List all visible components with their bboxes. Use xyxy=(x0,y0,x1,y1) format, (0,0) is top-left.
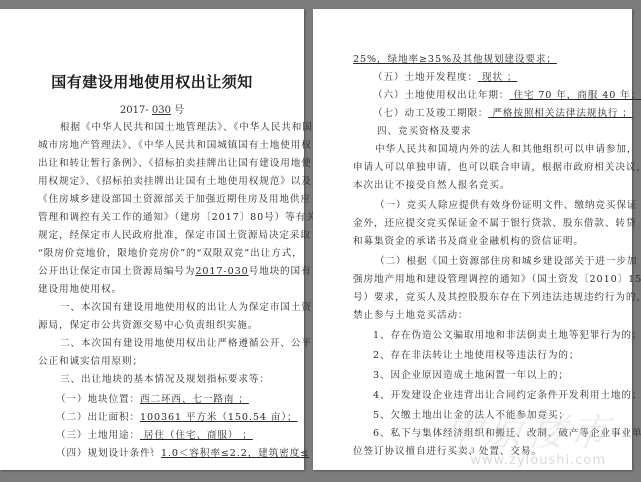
section-heading: 三、出让地块的基本情况及规划指标要求等： xyxy=(60,373,270,386)
document-number: 2017- 030 号 xyxy=(0,101,304,116)
paragraph-line: 本次出让不接受自然人报名竞买。 xyxy=(353,179,510,192)
page-number: 1 xyxy=(0,447,304,455)
watermark-url: www.zyloushi.com xyxy=(470,453,606,468)
paragraph-line: 管理和调控有关工作的通知》（建房〔2017〕80号）等有关 xyxy=(38,211,317,224)
paragraph-line: 规定，经保定市人民政府批准，保定市国土资源局决定采取 xyxy=(38,229,311,242)
paragraph-line: 禁止参与土地竞买活动： xyxy=(353,309,468,322)
item-label: （七）动工及竣工期限： xyxy=(373,108,488,119)
doc-number-value: 030 xyxy=(152,105,171,116)
item-value: 100361 平方米（150.54 亩）； xyxy=(140,412,298,423)
paragraph-line: 号）要求，竞买人及其控股股东存在下列违法违规违约行为的， xyxy=(353,291,641,304)
paragraph-line: 申请人可以单独申请，也可以联合申请，根据市政府相关决议， xyxy=(353,161,641,174)
item-label: （三）土地用途： xyxy=(56,430,140,441)
paragraph-line: 和募集资金的承诺书及商业金融机构的资信证明。 xyxy=(353,235,584,248)
parcel-code: 2017-030 xyxy=(195,266,248,277)
section-heading: 四、竞买资格及要求 xyxy=(377,125,471,138)
paragraph-line: 公正和诚实信用原则； xyxy=(38,355,143,368)
item-value: 居住（住宅、商服） ； xyxy=(140,430,253,441)
continuation-line: 25%，绿地率≥35%及其他规划建设要求； xyxy=(353,53,557,66)
parcel-item: （一）地块位置：西二环西、七一路南 ； xyxy=(56,393,249,406)
parcel-intro: 公开出让保定市国土资源局编号为 xyxy=(38,266,195,277)
list-item: 2、存在非法转让土地使用权等违法行为的； xyxy=(373,349,579,362)
paragraph-line: 一、本次国有建设用地使用权的出让人为保定市国土资 xyxy=(60,301,312,314)
parcel-item: （三）土地用途： 居住（住宅、商服） ； xyxy=(56,429,253,442)
paragraph-line: 金外，还应提交竞买保证金不属于银行贷款、股东借款、转贷 xyxy=(353,217,636,230)
document-title: 国有建设用地使用权出让须知 xyxy=(0,71,304,92)
doc-number-prefix: 2017- xyxy=(120,105,149,116)
item-label: （五）土地开发程度： xyxy=(373,72,478,83)
paragraph-line: （一）竞买人除应提供有效身份证明文件、缴纳竞买保证 xyxy=(375,199,637,212)
paragraph-line: 二、本次国有建设用地使用权出让严格遵循公开、公平、 xyxy=(60,337,322,350)
item-label: （二）出让面积： xyxy=(56,412,140,423)
document-page-1: 国有建设用地使用权出让须知 2017- 030 号 根据《中华人民共和国土地管理… xyxy=(0,9,304,470)
parcel-item: （二）出让面积：100361 平方米（150.54 亩）； xyxy=(56,411,298,424)
paragraph-line: 公开出让保定市国土资源局编号为2017-030号地块的国有 xyxy=(38,265,312,278)
doc-number-suffix: 号 xyxy=(174,105,184,116)
parcel-tail: 号地块的国有 xyxy=(249,266,312,277)
watermark-logo: 中原楼市 xyxy=(439,401,617,456)
parcel-item: （五）土地开发程度： 现状 ； xyxy=(373,71,517,84)
paragraph-line: “限房价竞地价，限地价竞房价”的“双限双竞”出让方式， xyxy=(38,247,303,260)
parcel-item: （七）动工及竣工期限： 严格按照相关法律法规执行 ； xyxy=(373,107,633,120)
paragraph-line: （二）根据《国土资源部住房和城乡建设部关于进一步加 xyxy=(375,255,637,268)
item-label: （一）地块位置： xyxy=(56,394,140,405)
item-label: （六）土地使用权出让年期： xyxy=(373,90,509,101)
paragraph-line: 源局，保定市公共资源交易中心负责组织实施。 xyxy=(38,319,258,332)
item-value: 住宅 70 年，商服 40 年； xyxy=(509,90,641,101)
paragraph-line: 用权规定》、《招标拍卖挂牌出让国有土地使用权规范》以及 xyxy=(38,175,312,188)
item-value: 西二环西、七一路南 ； xyxy=(140,394,249,405)
item-value: 严格按照相关法律法规执行 ； xyxy=(488,108,632,119)
paragraph-line: 根据《中华人民共和国土地管理法》、《中华人民共和国 xyxy=(60,121,313,134)
paragraph-line: 《住房城乡建设部国土资源部关于加强近期住房及用地供应 xyxy=(38,193,311,206)
paragraph-line: 建设用地使用权。 xyxy=(38,283,122,296)
item-value: 现状 ； xyxy=(478,72,517,83)
list-item: 3、因企业原因造成土地闲置一年以上的； xyxy=(373,369,569,382)
paragraph-line: 强房地产用地和建设管理调控的通知》（国土资发〔2010〕151 xyxy=(353,273,641,286)
list-item: 1、存在伪造公文骗取用地和非法倒卖土地等犯罪行为的； xyxy=(373,329,641,342)
paragraph-line: 出让和转让暂行条例》、《招标拍卖挂牌出让国有建设用地使 xyxy=(38,157,312,170)
paragraph-line: 城市房地产管理法》、《中华人民共和国城镇国有土地使用权 xyxy=(38,139,312,152)
parcel-item: （六）土地使用权出让年期： 住宅 70 年，商服 40 年； xyxy=(373,89,641,102)
document-page-3: 25%，绿地率≥35%及其他规划建设要求； （五）土地开发程度： 现状 ； （六… xyxy=(313,9,632,470)
paragraph-line: 中华人民共和国境内外的法人和其他组织可以申请参加， xyxy=(375,143,637,156)
